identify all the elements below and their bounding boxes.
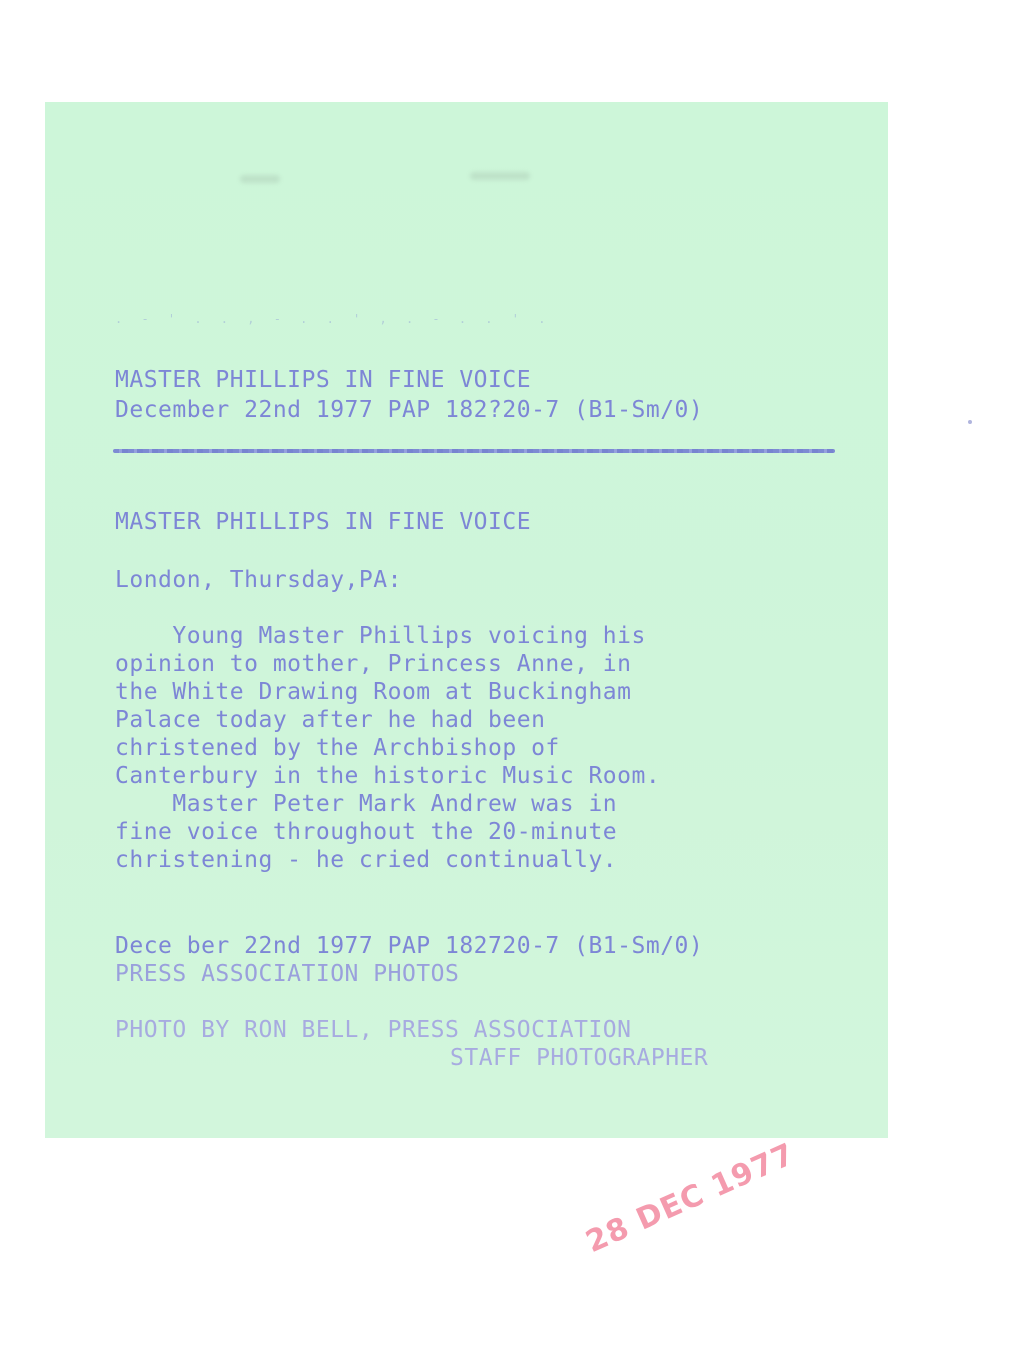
paragraph-line: christened by the Archbishop of xyxy=(115,734,560,762)
header-reference: December 22nd 1977 PAP 182?20-7 (B1-Sm/0… xyxy=(115,396,703,424)
separator-rule xyxy=(113,449,835,453)
footer-reference: Dece ber 22nd 1977 PAP 182720-7 (B1-Sm/0… xyxy=(115,932,703,960)
body-title: MASTER PHILLIPS IN FINE VOICE xyxy=(115,508,531,536)
photo-credit-title: STAFF PHOTOGRAPHER xyxy=(450,1044,708,1072)
paragraph-line: Young Master Phillips voicing his xyxy=(115,622,646,650)
paragraph-line: christening - he cried continually. xyxy=(115,846,617,874)
dateline: London, Thursday,PA: xyxy=(115,566,402,594)
ink-speck xyxy=(968,420,972,424)
paper-smudge xyxy=(470,172,530,180)
header-title: MASTER PHILLIPS IN FINE VOICE xyxy=(115,366,531,394)
photo-credit: PHOTO BY RON BELL, PRESS ASSOCIATION xyxy=(115,1016,632,1044)
paper-smudge xyxy=(240,175,280,183)
paragraph-line: Palace today after he had been xyxy=(115,706,545,734)
paragraph-line: the White Drawing Room at Buckingham xyxy=(115,678,632,706)
faint-typed-residue: . - ' . . , - . . ' , . - . . ' . . , * xyxy=(115,312,575,326)
paragraph-line: fine voice throughout the 20-minute xyxy=(115,818,617,846)
received-date-stamp: 28 DEC 1977 xyxy=(581,1137,800,1260)
paragraph-line: Master Peter Mark Andrew was in xyxy=(115,790,617,818)
paragraph-line: opinion to mother, Princess Anne, in xyxy=(115,650,632,678)
footer-agency: PRESS ASSOCIATION PHOTOS xyxy=(115,960,459,988)
paragraph-line: Canterbury in the historic Music Room. xyxy=(115,762,660,790)
